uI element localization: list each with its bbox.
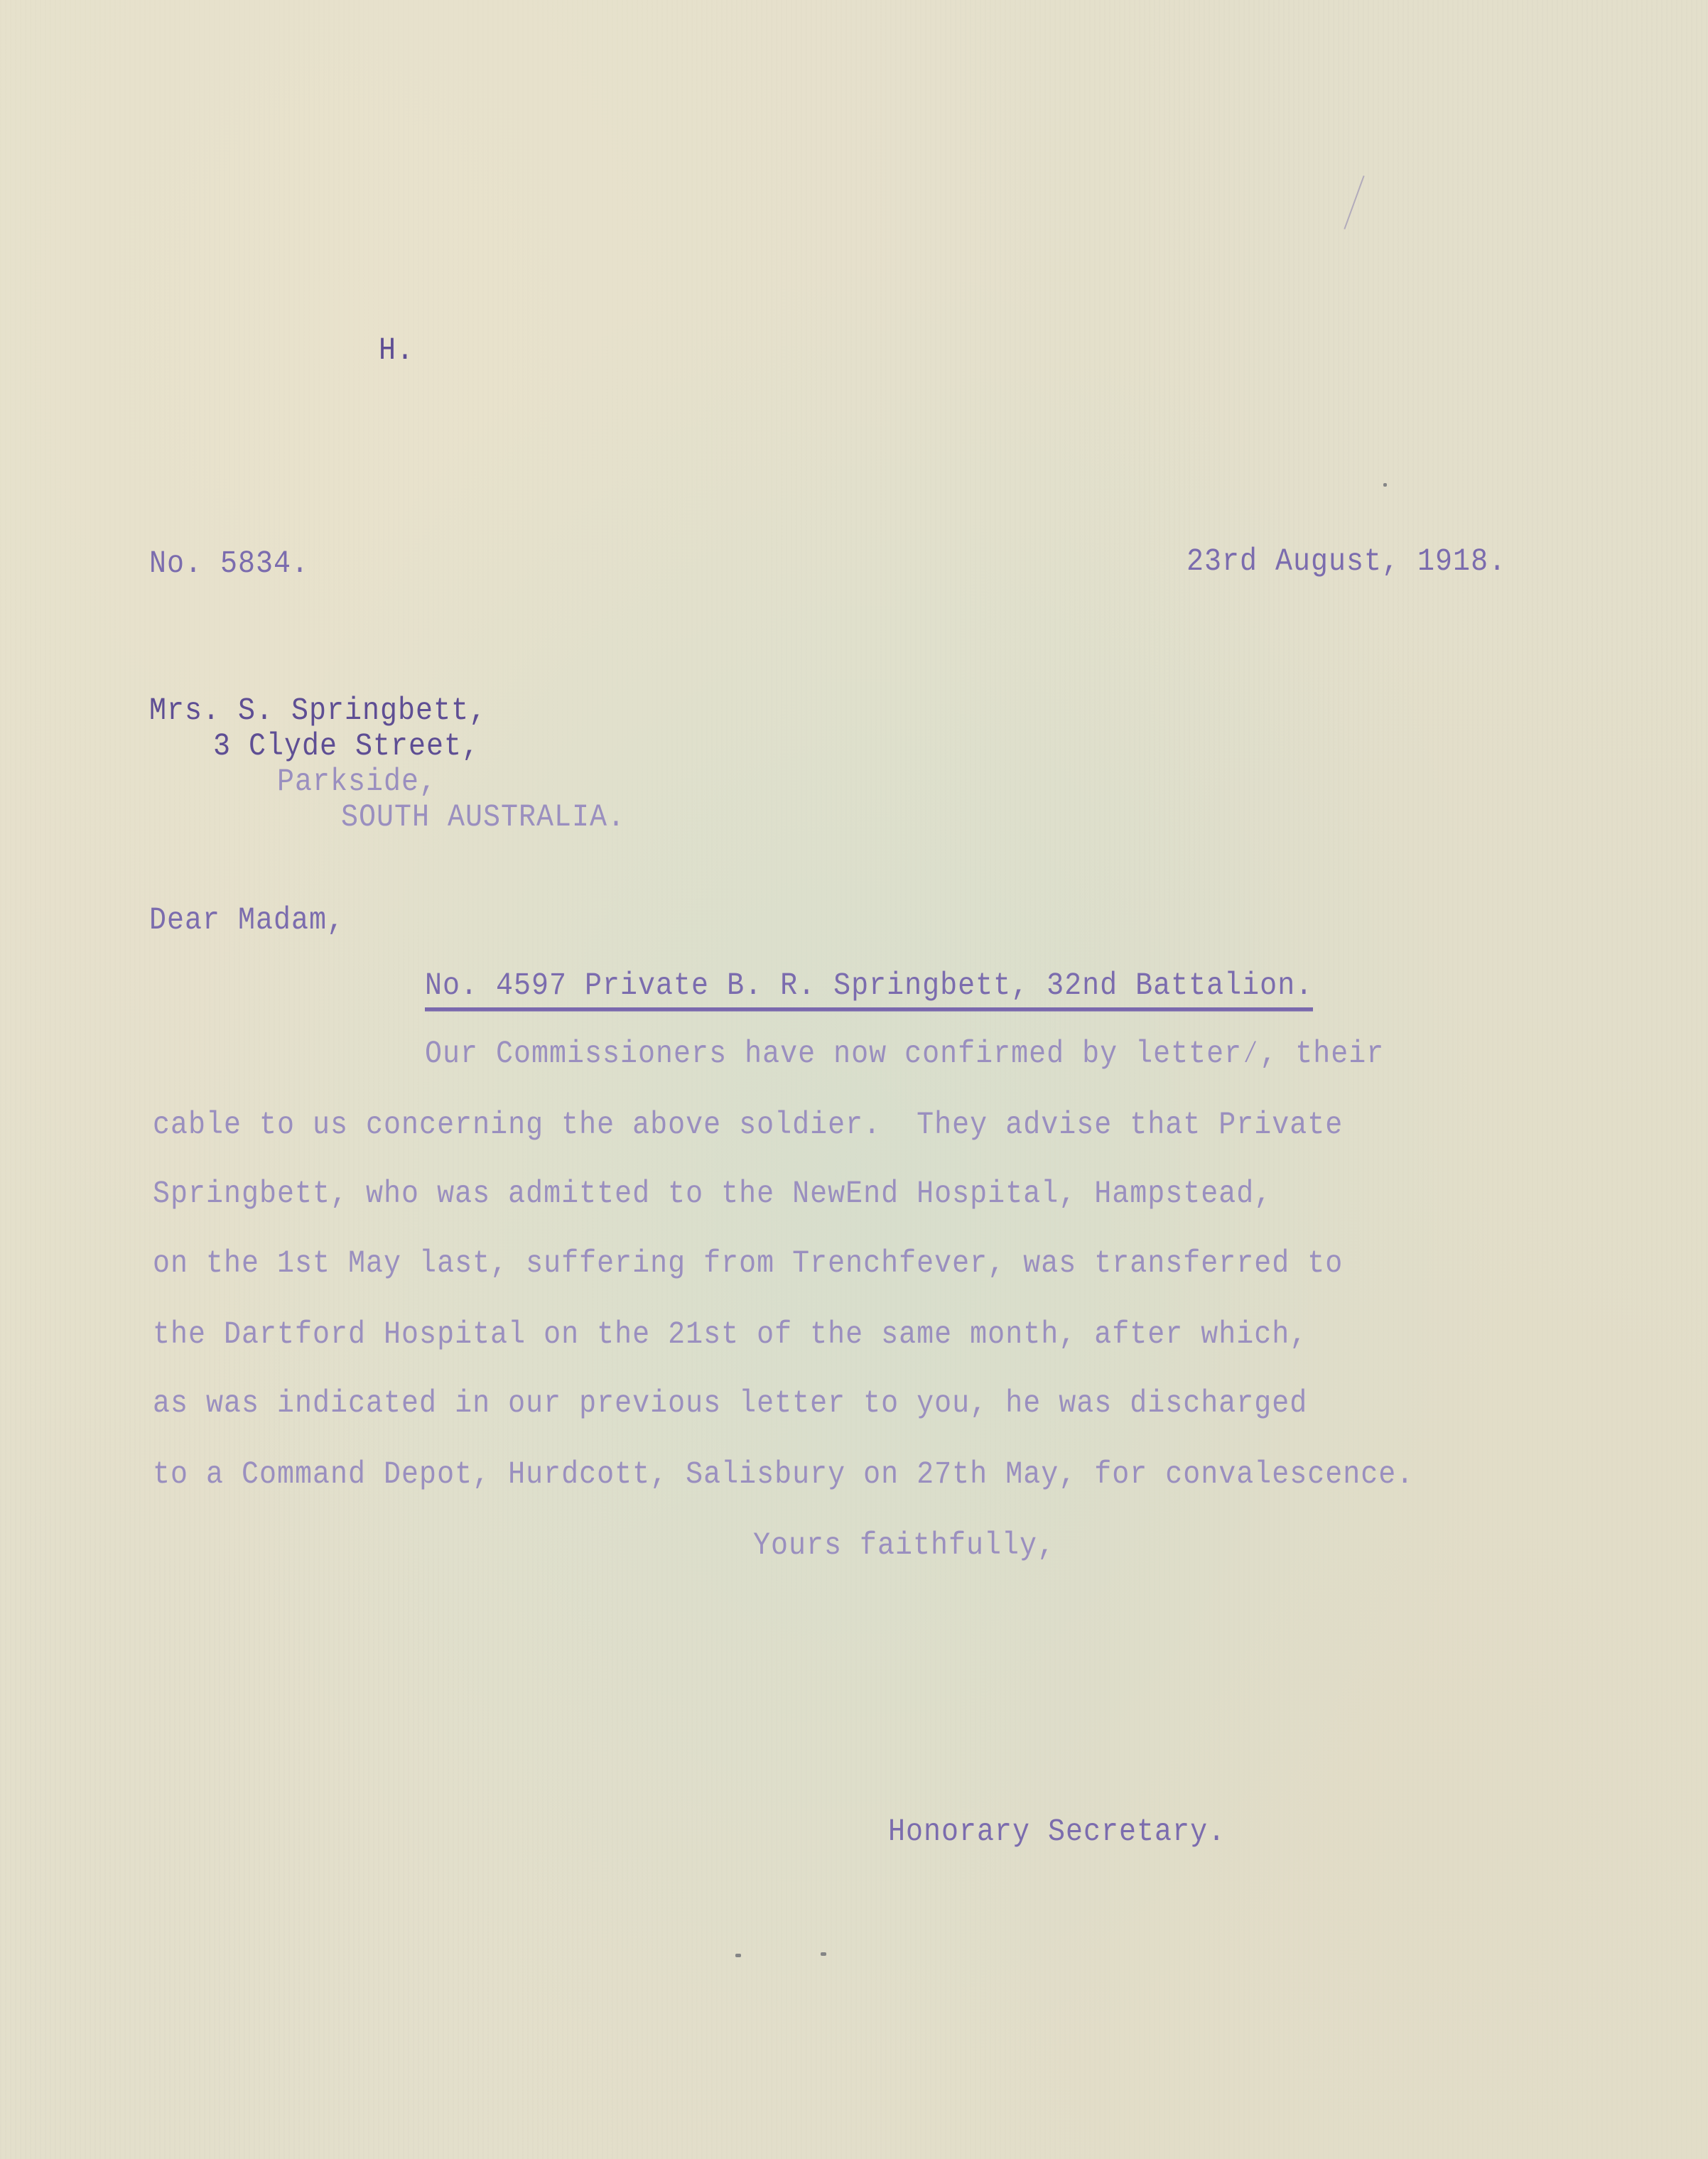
closing: Yours faithfully, — [753, 1527, 1055, 1566]
body-line: on the 1st May last, suffering from Tren… — [153, 1245, 1343, 1284]
signature-title: Honorary Secretary. — [888, 1814, 1226, 1852]
recipient-street: 3 Clyde Street, — [213, 728, 480, 767]
body-line: cable to us concerning the above soldier… — [153, 1107, 1343, 1145]
body-line: Our Commissioners have now confirmed by … — [425, 1036, 1384, 1074]
subject-line: No. 4597 Private B. R. Springbett, 32nd … — [425, 968, 1313, 1012]
paper-speck — [821, 1952, 826, 1956]
paper-speck — [1383, 483, 1387, 487]
letter-page: H. No. 5834. 23rd August, 1918. Mrs. S. … — [0, 0, 1708, 2159]
body-line: Springbett, who was admitted to the NewE… — [153, 1176, 1272, 1214]
salutation: Dear Madam, — [149, 902, 345, 941]
body-line: as was indicated in our previous letter … — [153, 1385, 1307, 1424]
pen-stroke-mark — [1344, 175, 1364, 229]
body-line: the Dartford Hospital on the 21st of the… — [153, 1316, 1307, 1355]
recipient-name: Mrs. S. Springbett, — [149, 693, 487, 731]
body-line: to a Command Depot, Hurdcott, Salisbury … — [153, 1456, 1414, 1495]
recipient-suburb: Parkside, — [277, 764, 437, 802]
letter-date: 23rd August, 1918. — [1187, 543, 1506, 582]
recipient-state: SOUTH AUSTRALIA. — [341, 799, 625, 838]
paper-speck — [735, 1954, 741, 1957]
initial-mark: H. — [379, 332, 414, 371]
reference-number: No. 5834. — [149, 546, 309, 584]
